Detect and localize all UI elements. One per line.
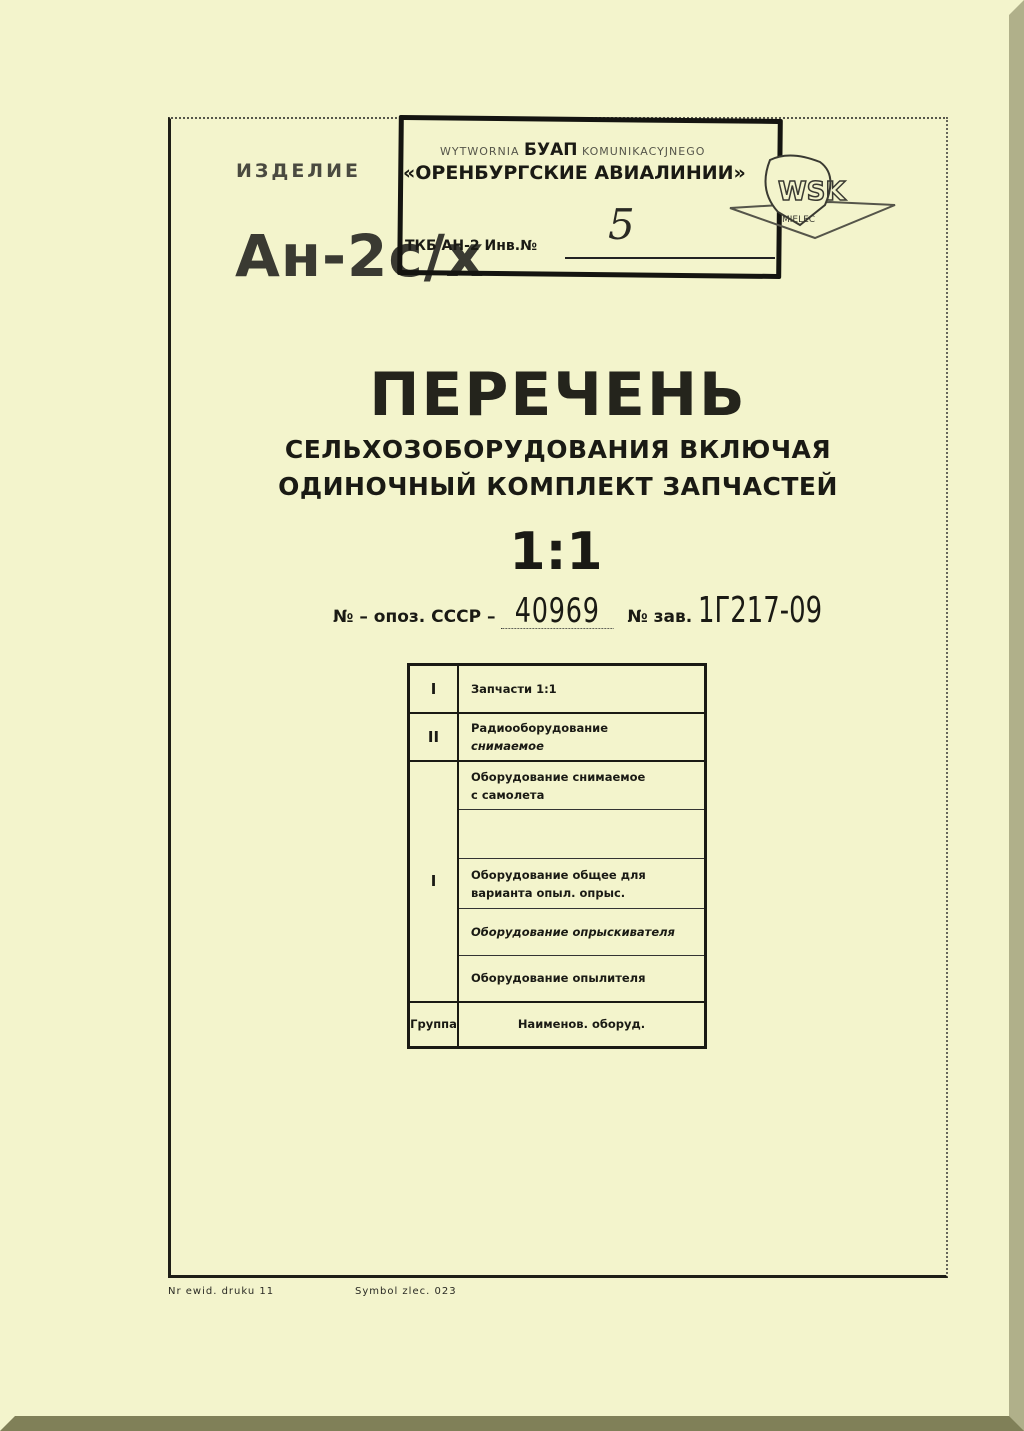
name-cell: Запчасти 1:1 bbox=[458, 665, 706, 713]
name-cell: Оборудование общее для варианта опыл. оп… bbox=[458, 859, 706, 909]
document-ratio: 1:1 bbox=[0, 522, 1024, 582]
registration-value: 40969 bbox=[501, 594, 614, 629]
product-label: ИЗДЕЛИЕ bbox=[236, 160, 361, 182]
document-subtitle-line2: ОДИНОЧНЫЙ КОМПЛЕКТ ЗАПЧАСТЕЙ bbox=[0, 472, 1024, 501]
stamp-top-left: WYTWORNIA bbox=[440, 145, 520, 158]
header-group: Группа bbox=[409, 1002, 459, 1048]
name-cell: Оборудование опрыскивателя bbox=[458, 909, 706, 956]
header-name: Наименов. оборуд. bbox=[458, 1002, 706, 1048]
name-cell: Радиооборудование снимаемое bbox=[458, 713, 706, 761]
footer-order-symbol: Symbol zlec. 023 bbox=[355, 1286, 457, 1297]
document-title: ПЕРЕЧЕНЬ bbox=[0, 360, 1024, 430]
factory-label: № зав. bbox=[627, 607, 692, 627]
equipment-groups-table: I Запчасти 1:1 II Радиооборудование сним… bbox=[407, 663, 707, 1049]
factory-value: 1Г217-09 bbox=[698, 594, 822, 628]
page-edge-bottom bbox=[0, 1416, 1024, 1431]
footer-print-number: Nr ewid. druku 11 bbox=[168, 1286, 274, 1297]
stamp-handwritten-number: 5 bbox=[608, 200, 635, 249]
registration-row: № – опоз. СССР – 40969 № зав. 1Г217-09 bbox=[333, 594, 871, 629]
stamp-inventory-label: ТКБ АН-2 Инв.№ bbox=[405, 238, 537, 254]
name-cell: Оборудование снимаемое с самолета bbox=[458, 761, 706, 810]
svg-text:MIELEC: MIELEC bbox=[782, 215, 815, 225]
group-cell: II bbox=[409, 713, 459, 761]
stamp-top-bold: БУАП bbox=[524, 140, 577, 160]
group-cell: I bbox=[409, 665, 459, 713]
table-row: I Оборудование снимаемое с самолета bbox=[409, 761, 706, 810]
table-row: I Запчасти 1:1 bbox=[409, 665, 706, 713]
stamp-organization: «ОРЕНБУРГСКИЕ АВИАЛИНИИ» bbox=[403, 162, 746, 184]
wsk-logo-icon: WSK MIELEC bbox=[720, 150, 900, 244]
table-row: II Радиооборудование снимаемое bbox=[409, 713, 706, 761]
stamp-top-line: WYTWORNIA БУАП KOMUNIKACYJNEGO bbox=[440, 140, 705, 160]
stamp-top-right: KOMUNIKACYJNEGO bbox=[582, 145, 705, 158]
registration-label: № – опоз. СССР – bbox=[333, 607, 495, 627]
table-header-row: Группа Наименов. оборуд. bbox=[409, 1002, 706, 1048]
group-cell: I bbox=[409, 761, 459, 1002]
name-cell-empty bbox=[458, 810, 706, 859]
name-cell: Оборудование опылителя bbox=[458, 956, 706, 1002]
document-subtitle-line1: СЕЛЬХОЗОБОРУДОВАНИЯ ВКЛЮЧАЯ bbox=[0, 435, 1024, 464]
page-edge-right bbox=[1009, 0, 1024, 1431]
svg-text:WSK: WSK bbox=[778, 177, 846, 207]
stamp-inventory-line bbox=[565, 257, 775, 259]
